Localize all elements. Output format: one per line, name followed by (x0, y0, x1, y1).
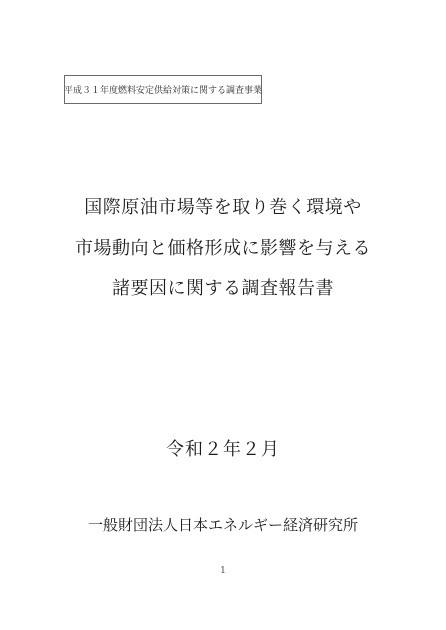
report-title-line-3: 諸要因に関する調査報告書 (0, 269, 446, 310)
report-title: 国際原油市場等を取り巻く環境や 市場動向と価格形成に影響を与える 諸要因に関する… (0, 188, 446, 310)
report-title-line-2: 市場動向と価格形成に影響を与える (0, 229, 446, 270)
project-label-box: 平成３１年度燃料安定供給対策に関する調査事業 (64, 75, 262, 104)
organization-name: 一般財団法人日本エネルギー経済研究所 (0, 515, 446, 535)
report-cover-page: 平成３１年度燃料安定供給対策に関する調査事業 国際原油市場等を取り巻く環境や 市… (0, 0, 446, 630)
page-number: 1 (0, 566, 446, 576)
project-label: 平成３１年度燃料安定供給対策に関する調査事業 (64, 83, 262, 96)
report-title-line-1: 国際原油市場等を取り巻く環境や (0, 188, 446, 229)
publication-date: 令和２年２月 (0, 438, 446, 462)
